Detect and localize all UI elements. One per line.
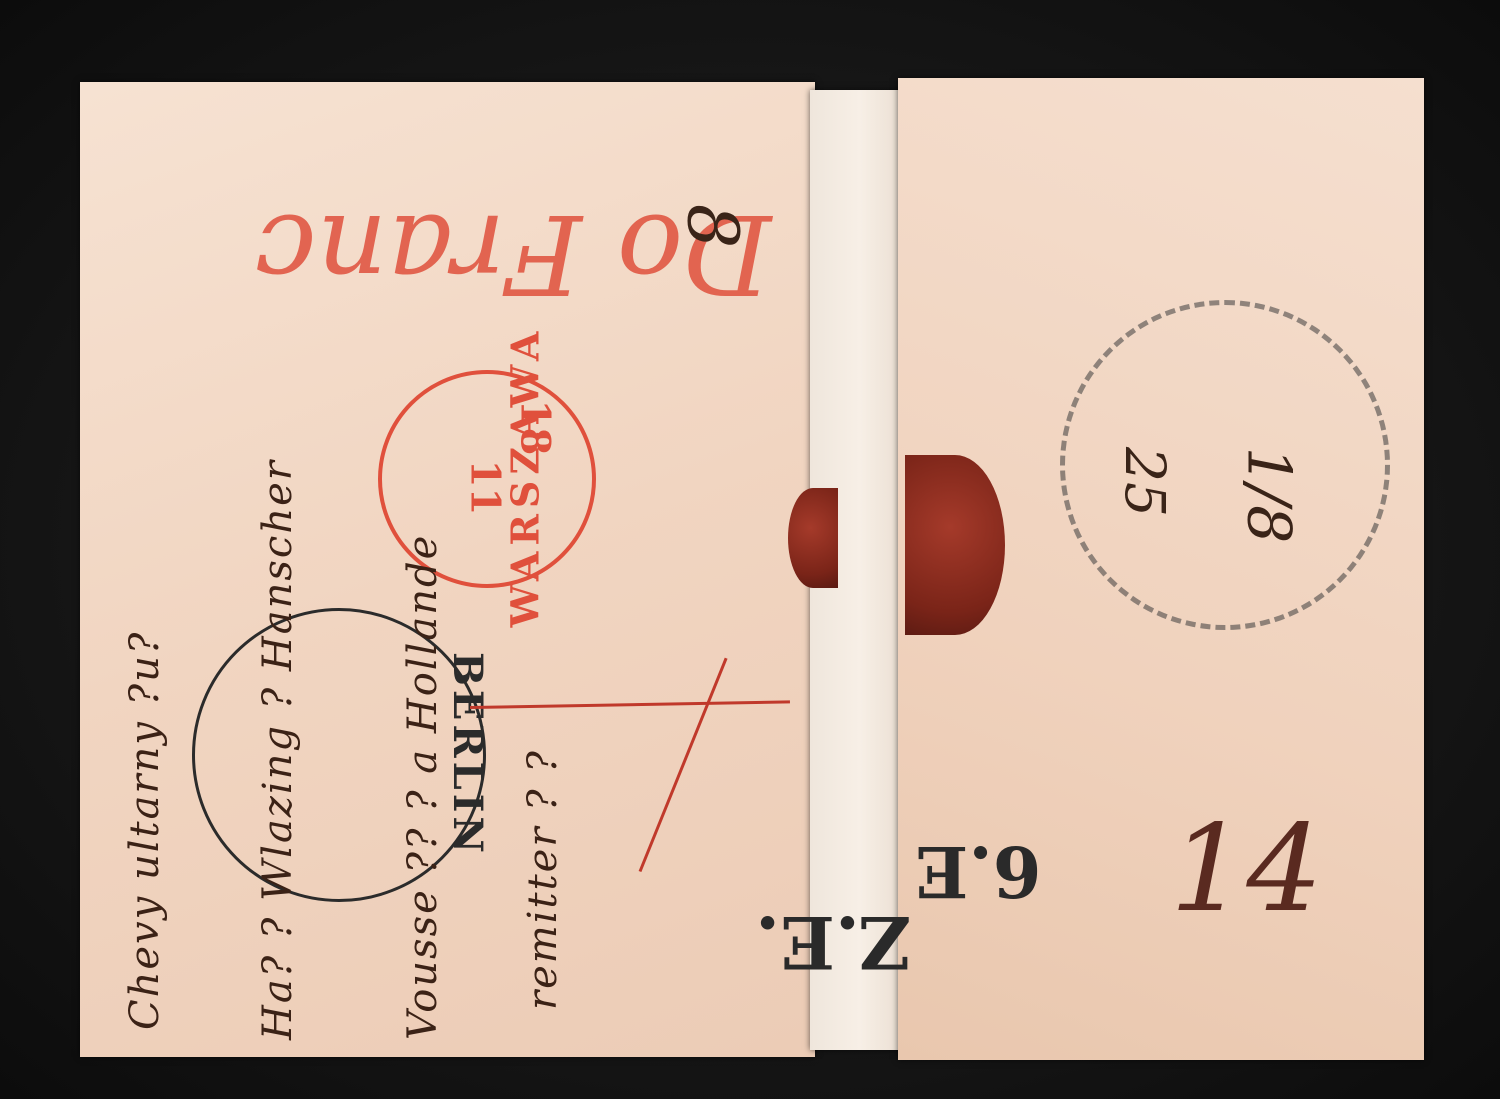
wax-seal-left-half	[788, 488, 838, 588]
manuscript-rate-bottom: 14	[1170, 800, 1323, 939]
manuscript-rate-top: 8	[671, 204, 753, 249]
berlin-text: BERLIN	[444, 652, 491, 857]
wax-seal-right-half	[905, 455, 1005, 635]
boxed-mark-number: 6.E	[915, 830, 1041, 913]
boxed-mark-fragment: Z.E.	[755, 900, 911, 985]
address-line-4: remitter ? ?	[520, 749, 566, 1010]
address-line-1: Chevy ultarny ?u?	[122, 631, 168, 1030]
address-line-3: Vousse ?? ? a Hollande	[400, 534, 446, 1040]
warszawa-city-text: WARSZAWA	[502, 326, 547, 628]
address-line-2: Ha? ? Wlazing ? Hanscher	[255, 459, 301, 1040]
manuscript-rate-right-b: 25	[1113, 447, 1177, 517]
manuscript-rate-right-a: 1/8	[1233, 447, 1303, 544]
grey-transit-postmark	[1060, 300, 1390, 630]
warszawa-day: 18	[511, 400, 558, 456]
warszawa-month: 11	[461, 460, 508, 516]
